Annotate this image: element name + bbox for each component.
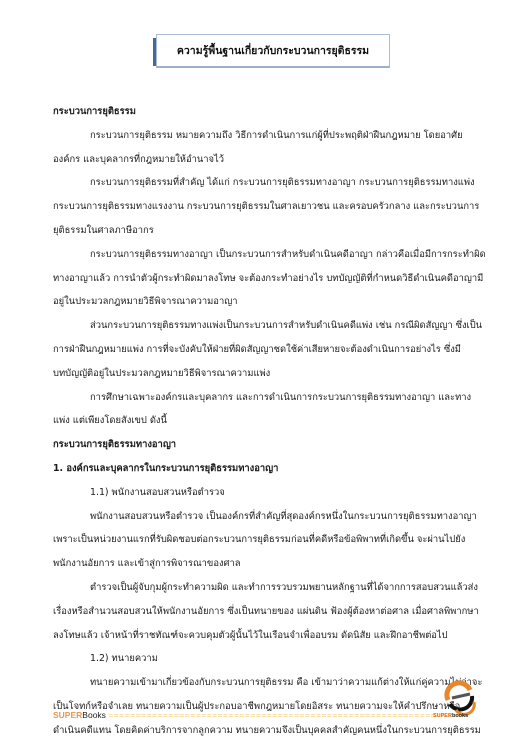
subsubsection-heading: 1.2) ทนายความ [53,647,509,671]
footer: SUPERBooks =============================… [53,710,473,720]
paragraph-line: บทบัญญัติอยู่ในประมวลกฎหมายวิธีพิจารณาคว… [53,362,509,386]
paragraph-line: ลงโทษแล้ว เจ้าหน้าที่ราชทัณฑ์จะควบคุมตัว… [53,624,509,648]
paragraph-line: กระบวนการยุติธรรมที่สำคัญ ได้แก่ กระบวนก… [53,171,509,195]
paragraph-line: การศึกษาเฉพาะองค์กรและบุคลากร และการดำเน… [53,386,509,410]
footer-brand-books: Books [82,710,106,720]
footer-rule: ========================================… [108,710,463,720]
page-title: ความรู้พื้นฐานเกี่ยวกับกระบวนการยุติธรรม [157,42,389,59]
logo-label-super: SUPER [433,713,452,719]
footer-brand-super: SUPER [53,710,82,720]
paragraph-line: เพราะเป็นหน่วยงานแรกที่รับผิดชอบต่อกระบว… [53,528,509,552]
paragraph-line: อยู่ในประมวลกฎหมายวิธีพิจารณาความอาญา [53,290,509,314]
paragraph-line: ดำเนินคดีแทน โดยคิดค่าบริการจากลูกความ ท… [53,719,509,743]
paragraph-line: กระบวนการยุติธรรม หมายความถึง วิธีการดำเ… [53,124,509,148]
document-body: กระบวนการยุติธรรม กระบวนการยุติธรรม หมาย… [53,100,509,743]
paragraph-line: ส่วนกระบวนการยุติธรรมทางแพ่งเป็นกระบวนกา… [53,314,509,338]
paragraph-line: ตำรวจเป็นผู้จับกุมผู้กระทำความผิด และทำก… [53,576,509,600]
paragraph-line: กระบวนการยุติธรรมทางแรงงาน กระบวนการยุติ… [53,195,509,219]
paragraph-line: ทางอาญาแล้ว การนำตัวผู้กระทำผิดมาลงโทษ จ… [53,267,509,291]
section-heading: กระบวนการยุติธรรมทางอาญา [53,433,509,457]
paragraph-line: องค์กร และบุคลากรที่กฎหมายให้อำนาจไว้ [53,148,509,172]
paragraph-line: กระบวนการยุติธรรมทางอาญา เป็นกระบวนการสำ… [53,243,509,267]
paragraph-line: พนักงานสอบสวนหรือตำรวจ เป็นองค์กรที่สำคั… [53,505,509,529]
section-heading: กระบวนการยุติธรรม [53,100,509,124]
subsection-heading: 1. องค์กรและบุคลากรในกระบวนการยุติธรรมทา… [53,457,509,481]
subsubsection-heading: 1.1) พนักงานสอบสวนหรือตำรวจ [53,481,509,505]
logo-label: SUPERbooks [433,713,468,719]
paragraph-line: ยุติธรรมในศาลภาษีอากร [53,219,509,243]
paragraph-line: พนักงานอัยการ และเข้าสู่การพิจารณาของศาล [53,552,509,576]
paragraph-line: การฝ่าฝืนกฎหมายแพ่ง การที่จะบังคับให้ฝ่า… [53,338,509,362]
paragraph-line: แพ่ง แต่เพียงโดยสังเขป ดังนี้ [53,409,509,433]
paragraph-line: เรื่องหรือสำนวนสอบสวนให้พนักงานอัยการ ซึ… [53,600,509,624]
logo-label-books: books [452,713,468,719]
title-box: ความรู้พื้นฐานเกี่ยวกับกระบวนการยุติธรรม [156,34,390,68]
